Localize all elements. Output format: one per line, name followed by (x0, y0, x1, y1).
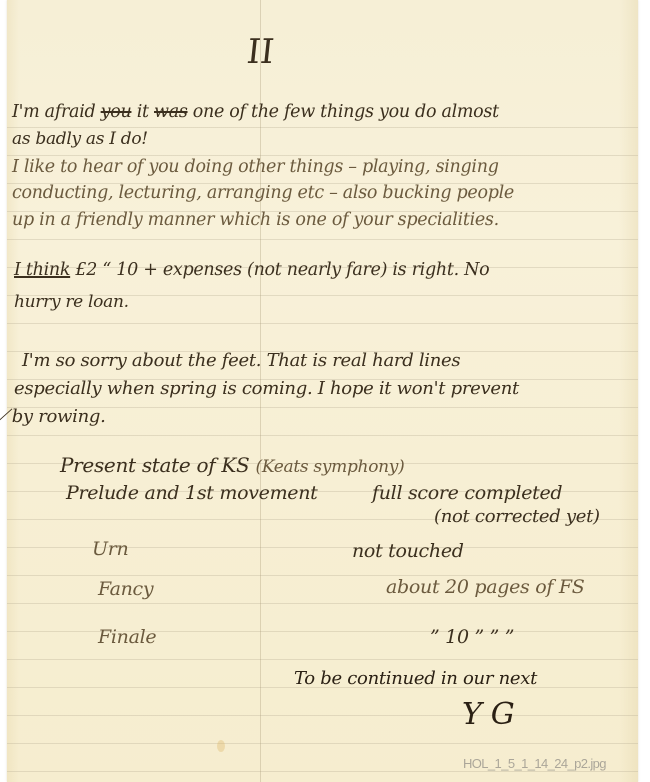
closing-line: To be continued in our next (294, 670, 537, 688)
status-item-status: about 20 pages of FS (386, 578, 584, 597)
paragraph-2-line-1: I think £2 “ 10 + expenses (not nearly f… (14, 262, 489, 280)
paragraph-2-line-2: hurry re loan. (14, 294, 129, 311)
page-number: II (245, 32, 276, 72)
underlined-phrase: I think (14, 260, 70, 280)
paragraph-3-line-2: especially when spring is coming. I hope… (14, 380, 519, 398)
status-heading-text: Present state of KS (60, 453, 249, 477)
paper-stain (217, 740, 225, 752)
text-fragment: £2 “ 10 + expenses (not nearly fare) is … (70, 260, 489, 280)
paragraph-1-line-5: up in a friendly manner which is one of … (12, 212, 499, 230)
struck-word: was (154, 102, 188, 122)
status-item-movement: Finale (98, 628, 156, 647)
status-item-status: full score completed (372, 484, 562, 503)
file-watermark: HOL_1_5_1_14_24_p2.jpg (463, 756, 606, 771)
paragraph-3-line-3: ̸by rowing. (12, 408, 106, 426)
text-fragment: it (131, 102, 154, 122)
status-item-note: (not corrected yet) (434, 508, 600, 526)
paragraph-1-line-2: as badly as I do! (12, 131, 148, 148)
paragraph-1-line-3: I like to hear of you doing other things… (12, 159, 499, 177)
paragraph-1-line-4: conducting, lecturing, arranging etc – a… (12, 185, 514, 203)
status-item-status: not touched (352, 542, 464, 561)
status-item-movement: Prelude and 1st movement (66, 484, 318, 503)
signature: Y G (462, 700, 514, 730)
status-heading-note: (Keats symphony) (256, 457, 405, 477)
status-item-movement: Urn (92, 540, 128, 559)
status-item-movement: Fancy (98, 580, 153, 599)
status-item-status: ” 10 ” ” ” (430, 628, 514, 647)
paragraph-3-line-1: I'm so sorry about the feet. That is rea… (22, 352, 460, 370)
text-fragment: one of the few things you do almost (188, 102, 499, 122)
status-heading: Present state of KS (Keats symphony) (60, 455, 404, 476)
struck-word: you (101, 102, 132, 122)
text-fragment: I'm afraid (12, 102, 101, 122)
paragraph-1-line-1: I'm afraid you it was one of the few thi… (12, 104, 499, 122)
